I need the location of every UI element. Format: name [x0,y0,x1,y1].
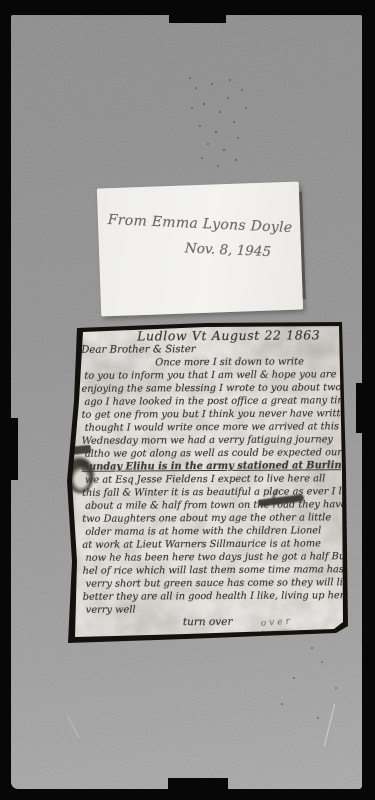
card-inscription-line1: From Emma Lyons Doyle [99,212,302,237]
letter-line-underlined: Sunday Elihu is in the army stationed at… [82,459,344,474]
letter-document: Ludlow Vt August 22 1863 Dear Brother & … [66,321,352,645]
card-inscription: From Emma Lyons Doyle Nov. 8, 1945 [98,212,302,262]
film-scratch [67,716,79,738]
letter-text: Ludlow Vt August 22 1863 Dear Brother & … [81,327,345,632]
frame-notch-bottom [168,778,228,790]
letter-closing: turn overover [83,615,345,632]
frame-notch-top [169,15,226,23]
dust-speckles [189,77,191,79]
frame-notch-left [0,418,18,480]
film-scratch [324,704,336,747]
letter-paper: Ludlow Vt August 22 1863 Dear Brother & … [66,321,352,645]
turn-over-note: turn over [183,616,233,628]
photograph: From Emma Lyons Doyle Nov. 8, 1945 Ludlo… [11,15,362,789]
dust-speckles [311,647,313,649]
letter-line: better they are all in good health I lik… [83,589,345,604]
archival-note-card: From Emma Lyons Doyle Nov. 8, 1945 [97,182,303,317]
signature-scribble: over [260,615,293,631]
film-frame: From Emma Lyons Doyle Nov. 8, 1945 Ludlo… [0,0,375,800]
frame-notch-right [356,383,375,433]
card-inscription-line2: Nov. 8, 1945 [98,237,301,262]
